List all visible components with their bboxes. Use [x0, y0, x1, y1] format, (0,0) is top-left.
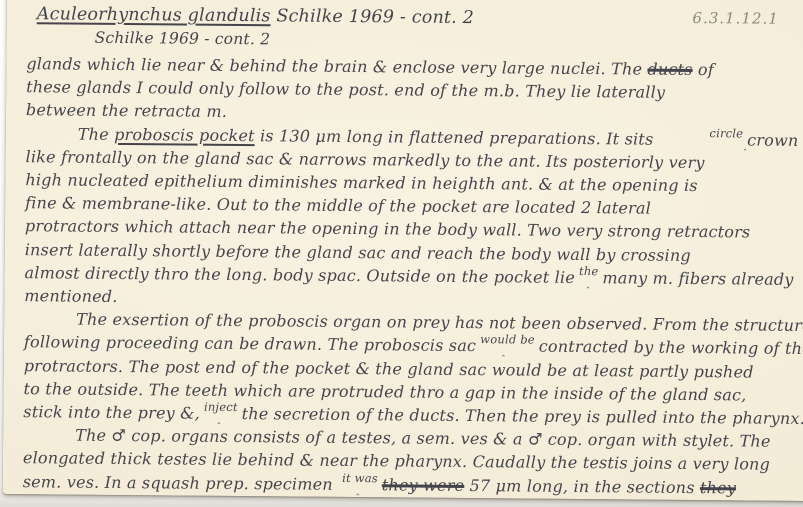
struck-text: ducts: [647, 60, 692, 79]
underlined-text: proboscis pocket: [114, 125, 255, 145]
index-card: Aculeorhynchus glandulis Schilke 1969 - …: [3, 0, 803, 501]
text-segment: mentioned.: [24, 286, 117, 306]
text-segment: fine & membrane-like. Out to the middle …: [25, 193, 651, 217]
inserted-text: circle: [657, 132, 743, 133]
text-segment: 57 μm long, in the sections: [464, 476, 700, 497]
text-segment: of: [693, 60, 714, 79]
text-segment: is 130 μm long in flattened preparations…: [255, 126, 654, 148]
text-segment: almost directly thro the long. body spac…: [24, 263, 575, 287]
text-segment: stick into the prey &,: [23, 402, 200, 423]
underlined-text: Aculeorhynchus glandulis: [37, 4, 271, 26]
text-segment: insert laterally shortly before the glan…: [25, 240, 691, 265]
text-segment: these glands I could only follow to the …: [26, 77, 665, 102]
text-segment: glands which lie near & behind the brain…: [26, 54, 647, 78]
text-segment: many m. fibers already: [602, 268, 793, 289]
text-segment: crown: [747, 130, 798, 149]
text-segment: the secretion of the ducts. Then the pre…: [242, 404, 803, 428]
text-segment: contracted by the working of the: [539, 337, 803, 358]
text-segment: Schilke 1969 - cont. 2: [271, 6, 475, 28]
scan-background: Aculeorhynchus glandulis Schilke 1969 - …: [0, 0, 803, 507]
struck-text: they were: [382, 475, 465, 495]
card-body: glands which lie near & behind the brain…: [23, 52, 803, 500]
text-segment: sem. ves. In a squash prep. specimen: [23, 472, 339, 494]
struck-text: they: [700, 478, 736, 497]
text-segment: between the retracta m.: [26, 101, 227, 122]
text-segment: The: [78, 124, 115, 143]
card-title: Aculeorhynchus glandulis Schilke 1969 - …: [37, 1, 474, 31]
text-segment: following proceeding can be drawn. The p…: [24, 333, 476, 356]
catalog-number: 6.3.1.12.1: [692, 9, 778, 28]
